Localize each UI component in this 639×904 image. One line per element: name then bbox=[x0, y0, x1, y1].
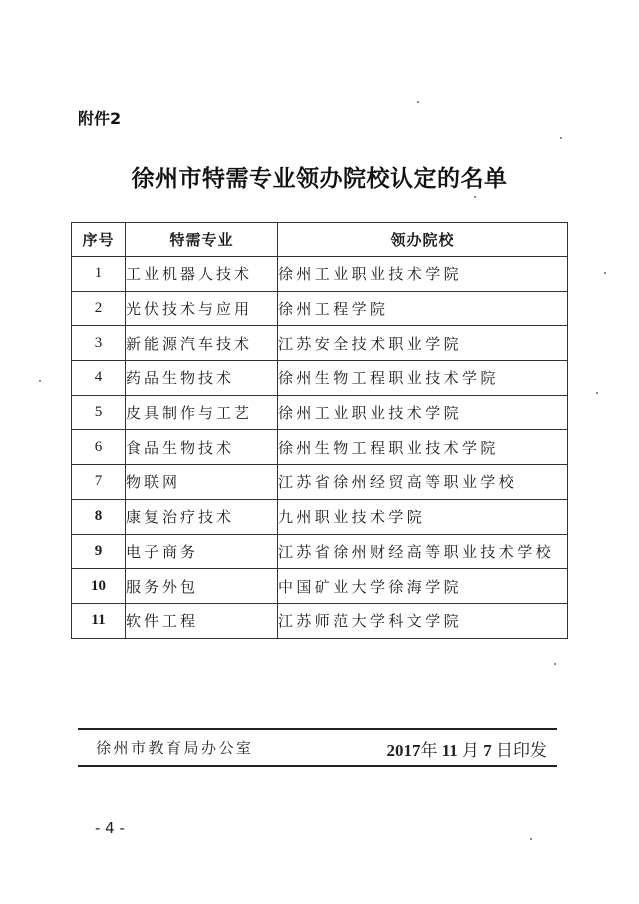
table-row: 4 药品生物技术 徐州生物工程职业技术学院 bbox=[72, 361, 568, 396]
row-school: 徐州工业职业技术学院 bbox=[278, 395, 568, 430]
table-row: 8 康复治疗技术 九州职业技术学院 bbox=[72, 499, 568, 534]
scan-speck bbox=[474, 196, 476, 198]
scan-speck bbox=[39, 380, 41, 382]
scan-speck bbox=[596, 392, 598, 394]
header-serial-number: 序号 bbox=[72, 223, 126, 257]
table-row: 6 食品生物技术 徐州生物工程职业技术学院 bbox=[72, 430, 568, 465]
issuing-office: 徐州市教育局办公室 bbox=[96, 737, 254, 758]
attachment-label: 附件2 bbox=[78, 106, 121, 129]
document-title: 徐州市特需专业领办院校认定的名单 bbox=[0, 160, 639, 193]
table-row: 1 工业机器人技术 徐州工业职业技术学院 bbox=[72, 257, 568, 292]
table-header-row: 序号 特需专业 领办院校 bbox=[72, 223, 568, 257]
table-row: 5 皮具制作与工艺 徐州工业职业技术学院 bbox=[72, 395, 568, 430]
row-major: 物联网 bbox=[126, 465, 278, 500]
row-major: 软件工程 bbox=[126, 603, 278, 638]
row-major: 皮具制作与工艺 bbox=[126, 395, 278, 430]
table-row: 7 物联网 江苏省徐州经贸高等职业学校 bbox=[72, 465, 568, 500]
footer-bottom-rule bbox=[78, 765, 557, 767]
table-row: 2 光伏技术与应用 徐州工程学院 bbox=[72, 291, 568, 326]
row-school: 徐州生物工程职业技术学院 bbox=[278, 361, 568, 396]
row-school: 江苏省徐州财经高等职业技术学校 bbox=[278, 534, 568, 569]
row-school: 徐州生物工程职业技术学院 bbox=[278, 430, 568, 465]
scan-speck bbox=[554, 663, 556, 665]
row-number: 10 bbox=[72, 569, 126, 604]
row-major: 食品生物技术 bbox=[126, 430, 278, 465]
month-unit: 月 bbox=[462, 741, 479, 760]
issue-year: 2017 bbox=[386, 741, 420, 760]
issue-date: 2017年 11 月 7 日印发 bbox=[386, 736, 547, 761]
header-leading-school: 领办院校 bbox=[278, 223, 568, 257]
row-school: 江苏师范大学科文学院 bbox=[278, 603, 568, 638]
row-number: 7 bbox=[72, 465, 126, 500]
row-school: 中国矿业大学徐海学院 bbox=[278, 569, 568, 604]
row-number: 1 bbox=[72, 257, 126, 292]
page-number: - 4 - bbox=[95, 819, 125, 837]
table-row: 9 电子商务 江苏省徐州财经高等职业技术学校 bbox=[72, 534, 568, 569]
row-major: 药品生物技术 bbox=[126, 361, 278, 396]
row-major: 新能源汽车技术 bbox=[126, 326, 278, 361]
scan-speck bbox=[604, 272, 606, 274]
row-school: 江苏省徐州经贸高等职业学校 bbox=[278, 465, 568, 500]
row-major: 光伏技术与应用 bbox=[126, 291, 278, 326]
row-number: 6 bbox=[72, 430, 126, 465]
row-major: 服务外包 bbox=[126, 569, 278, 604]
header-special-major: 特需专业 bbox=[126, 223, 278, 257]
issue-month: 11 bbox=[442, 741, 458, 760]
row-number: 3 bbox=[72, 326, 126, 361]
scan-speck bbox=[417, 101, 419, 103]
table-row: 10 服务外包 中国矿业大学徐海学院 bbox=[72, 569, 568, 604]
table-row: 3 新能源汽车技术 江苏安全技术职业学院 bbox=[72, 326, 568, 361]
row-school: 九州职业技术学院 bbox=[278, 499, 568, 534]
row-major: 康复治疗技术 bbox=[126, 499, 278, 534]
year-unit: 年 bbox=[420, 741, 437, 760]
row-school: 徐州工业职业技术学院 bbox=[278, 257, 568, 292]
issue-day: 7 bbox=[483, 741, 492, 760]
row-number: 8 bbox=[72, 499, 126, 534]
row-school: 江苏安全技术职业学院 bbox=[278, 326, 568, 361]
row-major: 工业机器人技术 bbox=[126, 257, 278, 292]
row-number: 2 bbox=[72, 291, 126, 326]
day-unit: 日印发 bbox=[496, 741, 547, 760]
row-number: 9 bbox=[72, 534, 126, 569]
row-school: 徐州工程学院 bbox=[278, 291, 568, 326]
row-number: 4 bbox=[72, 361, 126, 396]
scan-speck bbox=[530, 838, 532, 840]
scan-speck bbox=[560, 137, 562, 139]
footer-top-rule bbox=[78, 728, 557, 730]
designated-schools-table: 序号 特需专业 领办院校 1 工业机器人技术 徐州工业职业技术学院 2 光伏技术… bbox=[71, 222, 568, 639]
table-row: 11 软件工程 江苏师范大学科文学院 bbox=[72, 603, 568, 638]
row-number: 11 bbox=[72, 603, 126, 638]
row-number: 5 bbox=[72, 395, 126, 430]
row-major: 电子商务 bbox=[126, 534, 278, 569]
